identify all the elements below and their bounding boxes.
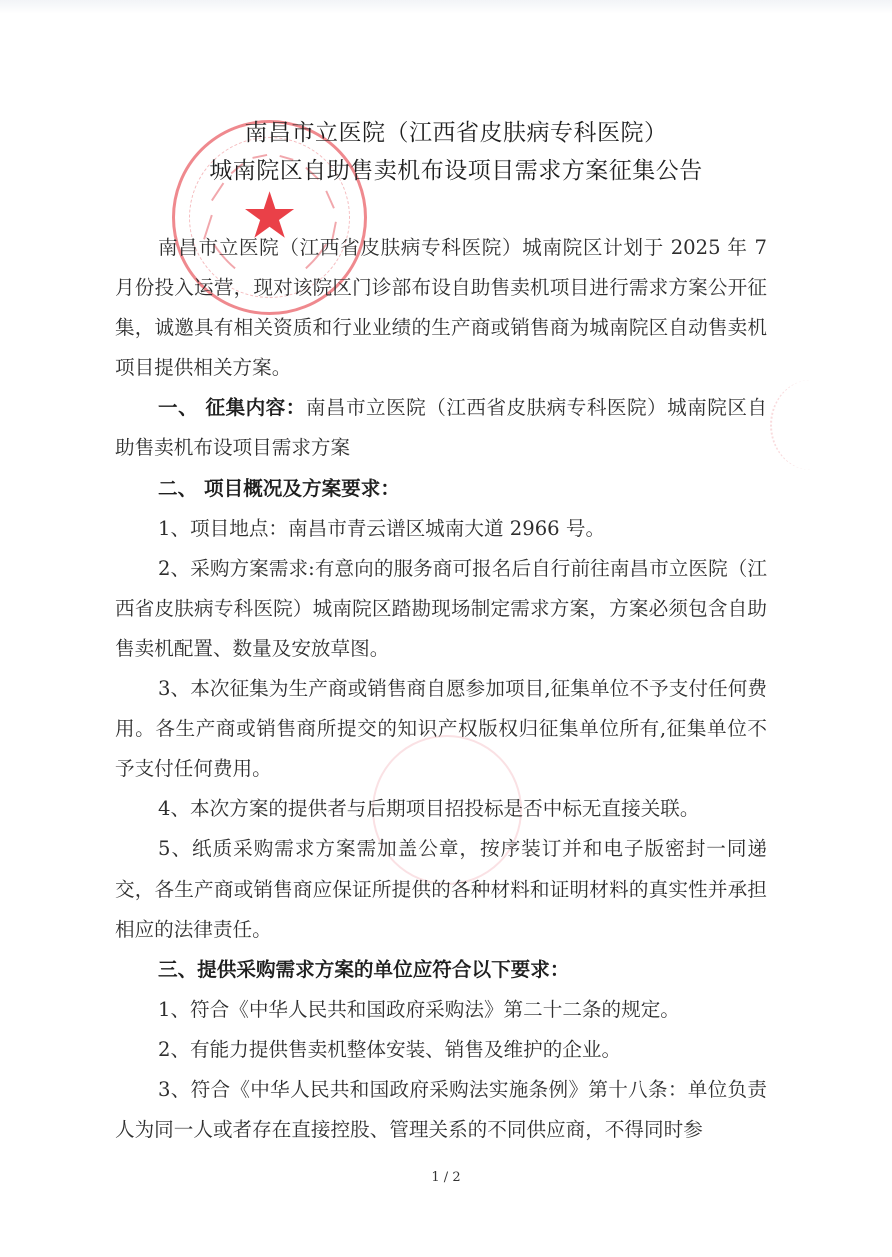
- page-number: 1 / 2: [0, 1170, 892, 1185]
- scan-edge-shading: [0, 0, 892, 14]
- section2-item-3: 3、本次征集为生产商或销售商自愿参加项目,征集单位不予支付任何费用。各生产商或销…: [115, 669, 767, 789]
- section3-item-1: 1、符合《中华人民共和国政府采购法》第二十二条的规定。: [115, 990, 767, 1030]
- section3-item-3: 3、符合《中华人民共和国政府采购法实施条例》第十八条：单位负责人为同一人或者存在…: [115, 1070, 767, 1150]
- document-page: ★ 南昌市立医院（江西省皮肤病专科医院） 城南院区自助售卖机布设项目需求方案征集…: [0, 0, 892, 1257]
- document-body: 南昌市立医院（江西省皮肤病专科医院）城南院区计划于 2025 年 7 月份投入运…: [115, 228, 767, 1150]
- section2-heading: 二、 项目概况及方案要求：: [115, 469, 767, 509]
- intro-paragraph: 南昌市立医院（江西省皮肤病专科医院）城南院区计划于 2025 年 7 月份投入运…: [115, 228, 767, 388]
- section1-heading: 一、 征集内容：: [158, 396, 306, 419]
- document-title-line2: 城南院区自助售卖机布设项目需求方案征集公告: [0, 152, 892, 185]
- section3-item-2: 2、有能力提供售卖机整体安装、销售及维护的企业。: [115, 1030, 767, 1070]
- edge-seal-stamp: [770, 380, 852, 470]
- section2-item-4: 4、本次方案的提供者与后期项目招投标是否中标无直接关联。: [115, 789, 767, 829]
- section2-item-2: 2、采购方案需求:有意向的服务商可报名后自行前往南昌市立医院（江西省皮肤病专科医…: [115, 549, 767, 669]
- section2-item-5: 5、纸质采购需求方案需加盖公章，按序装订并和电子版密封一同递交，各生产商或销售商…: [115, 829, 767, 949]
- document-title-line1: 南昌市立医院（江西省皮肤病专科医院）: [0, 114, 892, 147]
- section1-paragraph: 一、 征集内容：南昌市立医院（江西省皮肤病专科医院）城南院区自助售卖机布设项目需…: [115, 388, 767, 468]
- section2-item-1: 1、项目地点：南昌市青云谱区城南大道 2966 号。: [115, 509, 767, 549]
- section3-heading: 三、提供采购需求方案的单位应符合以下要求：: [115, 950, 767, 990]
